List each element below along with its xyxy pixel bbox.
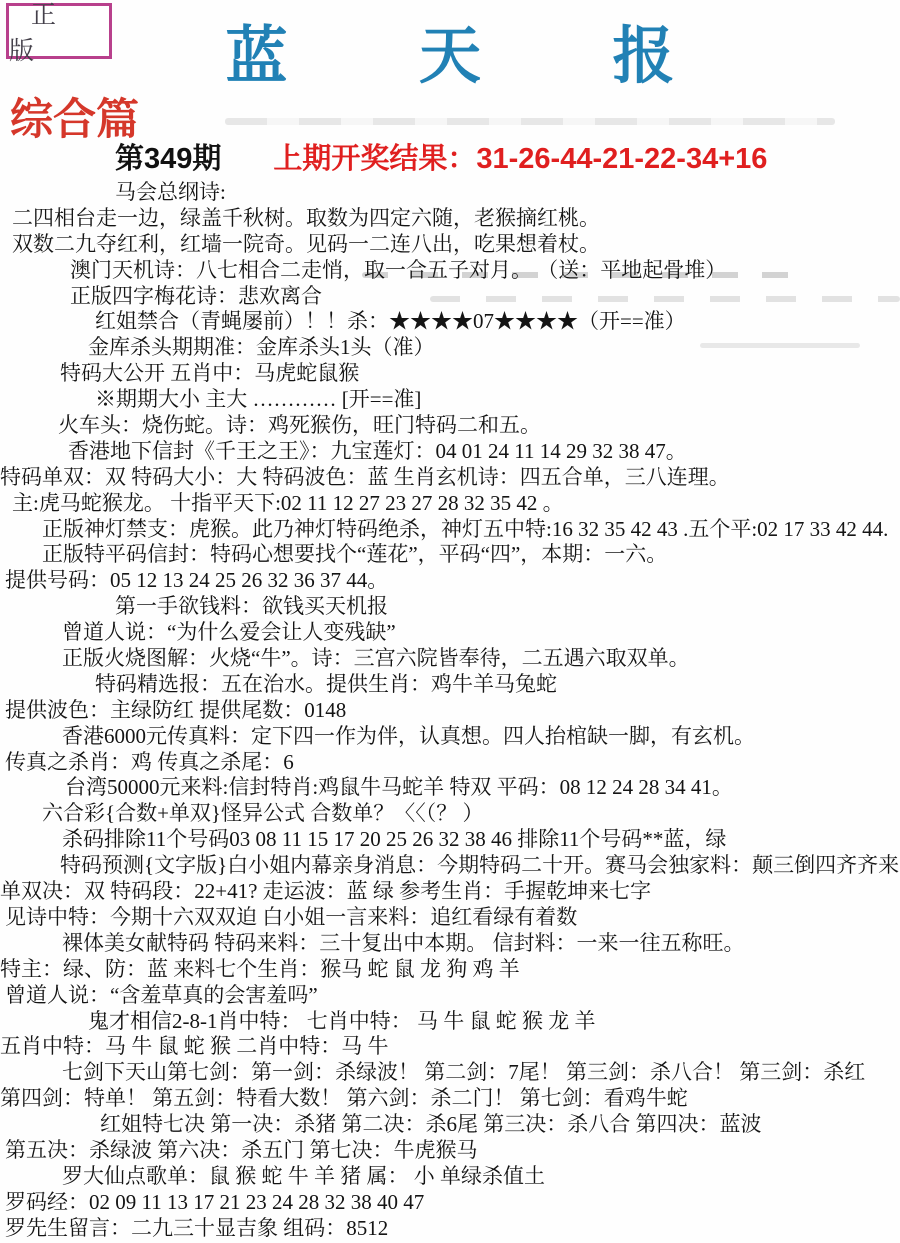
report-line: 单双决：双 特码段：22+41? 走运波：蓝 绿 参考生肖：手握乾坤来七字 (0, 879, 900, 905)
report-line: 金库杀头期期准：金库杀头1头（准） (0, 335, 900, 361)
report-line: 第四剑：特单！ 第五剑：特看大数！ 第六剑：杀二门！ 第七剑：看鸡牛蛇 (0, 1086, 900, 1112)
report-line: 鬼才相信2-8-1肖中特： 七肖中特： 马 牛 鼠 蛇 猴 龙 羊 (0, 1009, 900, 1035)
report-line: 台湾50000元来料:信封特肖:鸡鼠牛马蛇羊 特双 平码：08 12 24 28… (0, 775, 900, 801)
report-line: 曾道人说：“为什么爱会让人变残缺” (0, 620, 900, 646)
report-line: 罗码经：02 09 11 13 17 21 23 24 28 32 38 40 … (0, 1190, 900, 1216)
report-line: 二四相台走一边，绿盖千秋树。取数为四定六随，老猴摘红桃。 (0, 206, 900, 232)
report-line: 正版神灯禁支：虎猴。此乃神灯特码绝杀，神灯五中特:16 32 35 42 43 … (0, 517, 900, 543)
report-line: 第一手欲钱料：欲钱买天机报 (0, 594, 900, 620)
issue-number: 第349期 (115, 136, 221, 177)
report-line: 曾道人说：“含羞草真的会害羞吗” (0, 983, 900, 1009)
report-line: 罗先生留言：二九三十显吉象 组码：8512 (0, 1216, 900, 1242)
report-line: 提供波色：主绿防红 提供尾数：0148 (0, 698, 900, 724)
report-line: 罗大仙点歌单：鼠 猴 蛇 牛 羊 猪 属： 小 单绿杀值土 (0, 1164, 900, 1190)
last-draw-result: 上期开奖结果：31-26-44-21-22-34+16 (273, 136, 767, 177)
report-line: 马会总纲诗: (0, 180, 900, 206)
report-line: 香港6000元传真料：定下四一作为伴，认真想。四人抬棺缺一脚，有玄机。 (0, 724, 900, 750)
report-line: 红姐特七决 第一决：杀猪 第二决：杀6尾 第三决：杀八合 第四决：蓝波 (0, 1112, 900, 1138)
report-line: 特码大公开 五肖中：马虎蛇鼠猴 (0, 361, 900, 387)
report-line: 特主：绿、防：蓝 来料七个生肖：猴马 蛇 鼠 龙 狗 鸡 羊 (0, 957, 900, 983)
report-line: 双数二九夺红利，红墙一院奇。见码一二连八出，吃果想着杖。 (0, 232, 900, 258)
report-line: 正版特平码信封：特码心想要找个“莲花”，平码“四”，本期：一六。 (0, 542, 900, 568)
report-line: 裸体美女献特码 特码来料：三十复出中本期。 信封料：一来一往五称旺。 (0, 931, 900, 957)
report-line: 五肖中特：马 牛 鼠 蛇 猴 二肖中特：马 牛 (0, 1034, 900, 1060)
report-line: 传真之杀肖：鸡 传真之杀尾：6 (0, 750, 900, 776)
report-line: 正版火烧图解：火烧“牛”。诗：三宫六院皆奉待，二五遇六取双单。 (0, 646, 900, 672)
report-line: 火车头：烧伤蛇。诗：鸡死猴伤，旺门特码二和五。 (0, 413, 900, 439)
report-line: 澳门天机诗：八七相合二走悄，取一合五子对月。 （送：平地起骨堆） (0, 258, 900, 284)
report-line: 第五决：杀绿波 第六决：杀五门 第七决：牛虎猴马 (0, 1138, 900, 1164)
page-title: 蓝 天 报 (0, 6, 900, 95)
report-line: 提供号码：05 12 13 24 25 26 32 36 37 44。 (0, 568, 900, 594)
issue-row: 第349期 上期开奖结果：31-26-44-21-22-34+16 (115, 136, 767, 177)
scan-artifact (225, 118, 835, 125)
report-line: 特码预测{文字版}白小姐内幕亲身消息：今期特码二十开。赛马会独家料：颠三倒四齐齐… (0, 853, 900, 879)
report-line: 正版四字梅花诗：悲欢离合 (0, 284, 900, 310)
report-line: 见诗中特：今期十六双双迫 白小姐一言来料：追红看绿有着数 (0, 905, 900, 931)
report-line: 杀码排除11个号码03 08 11 15 17 20 25 26 32 38 4… (0, 827, 900, 853)
report-line: ※期期大小 主大 ………… [开==准] (0, 387, 900, 413)
report-line: 六合彩{合数+单双}怪异公式 合数单？〈〈（？ ） (0, 801, 900, 827)
report-line: 七剑下天山第七剑：第一剑：杀绿波！ 第二剑：7尾！ 第三剑：杀八合！ 第三剑：杀… (0, 1060, 900, 1086)
report-lines: 马会总纲诗:二四相台走一边，绿盖千秋树。取数为四定六随，老猴摘红桃。双数二九夺红… (0, 180, 900, 1242)
newspaper-page: 正 版 蓝 天 报 综合篇 第349期 上期开奖结果：31-26-44-21-2… (0, 0, 900, 1243)
report-line: 特码单双：双 特码大小：大 特码波色：蓝 生肖玄机诗：四五合单，三八连理。 (0, 465, 900, 491)
report-line: 香港地下信封《千王之王》：九宝莲灯：04 01 24 11 14 29 32 3… (0, 439, 900, 465)
report-line: 特码精选报：五在治水。提供生肖：鸡牛羊马兔蛇 (0, 672, 900, 698)
report-line: 主:虎马蛇猴龙。 十指平天下:02 11 12 27 23 27 28 32 3… (0, 491, 900, 517)
report-line: 红姐禁合（青蝇屡前）！！杀：★★★★07★★★★（开==准） (0, 309, 900, 335)
